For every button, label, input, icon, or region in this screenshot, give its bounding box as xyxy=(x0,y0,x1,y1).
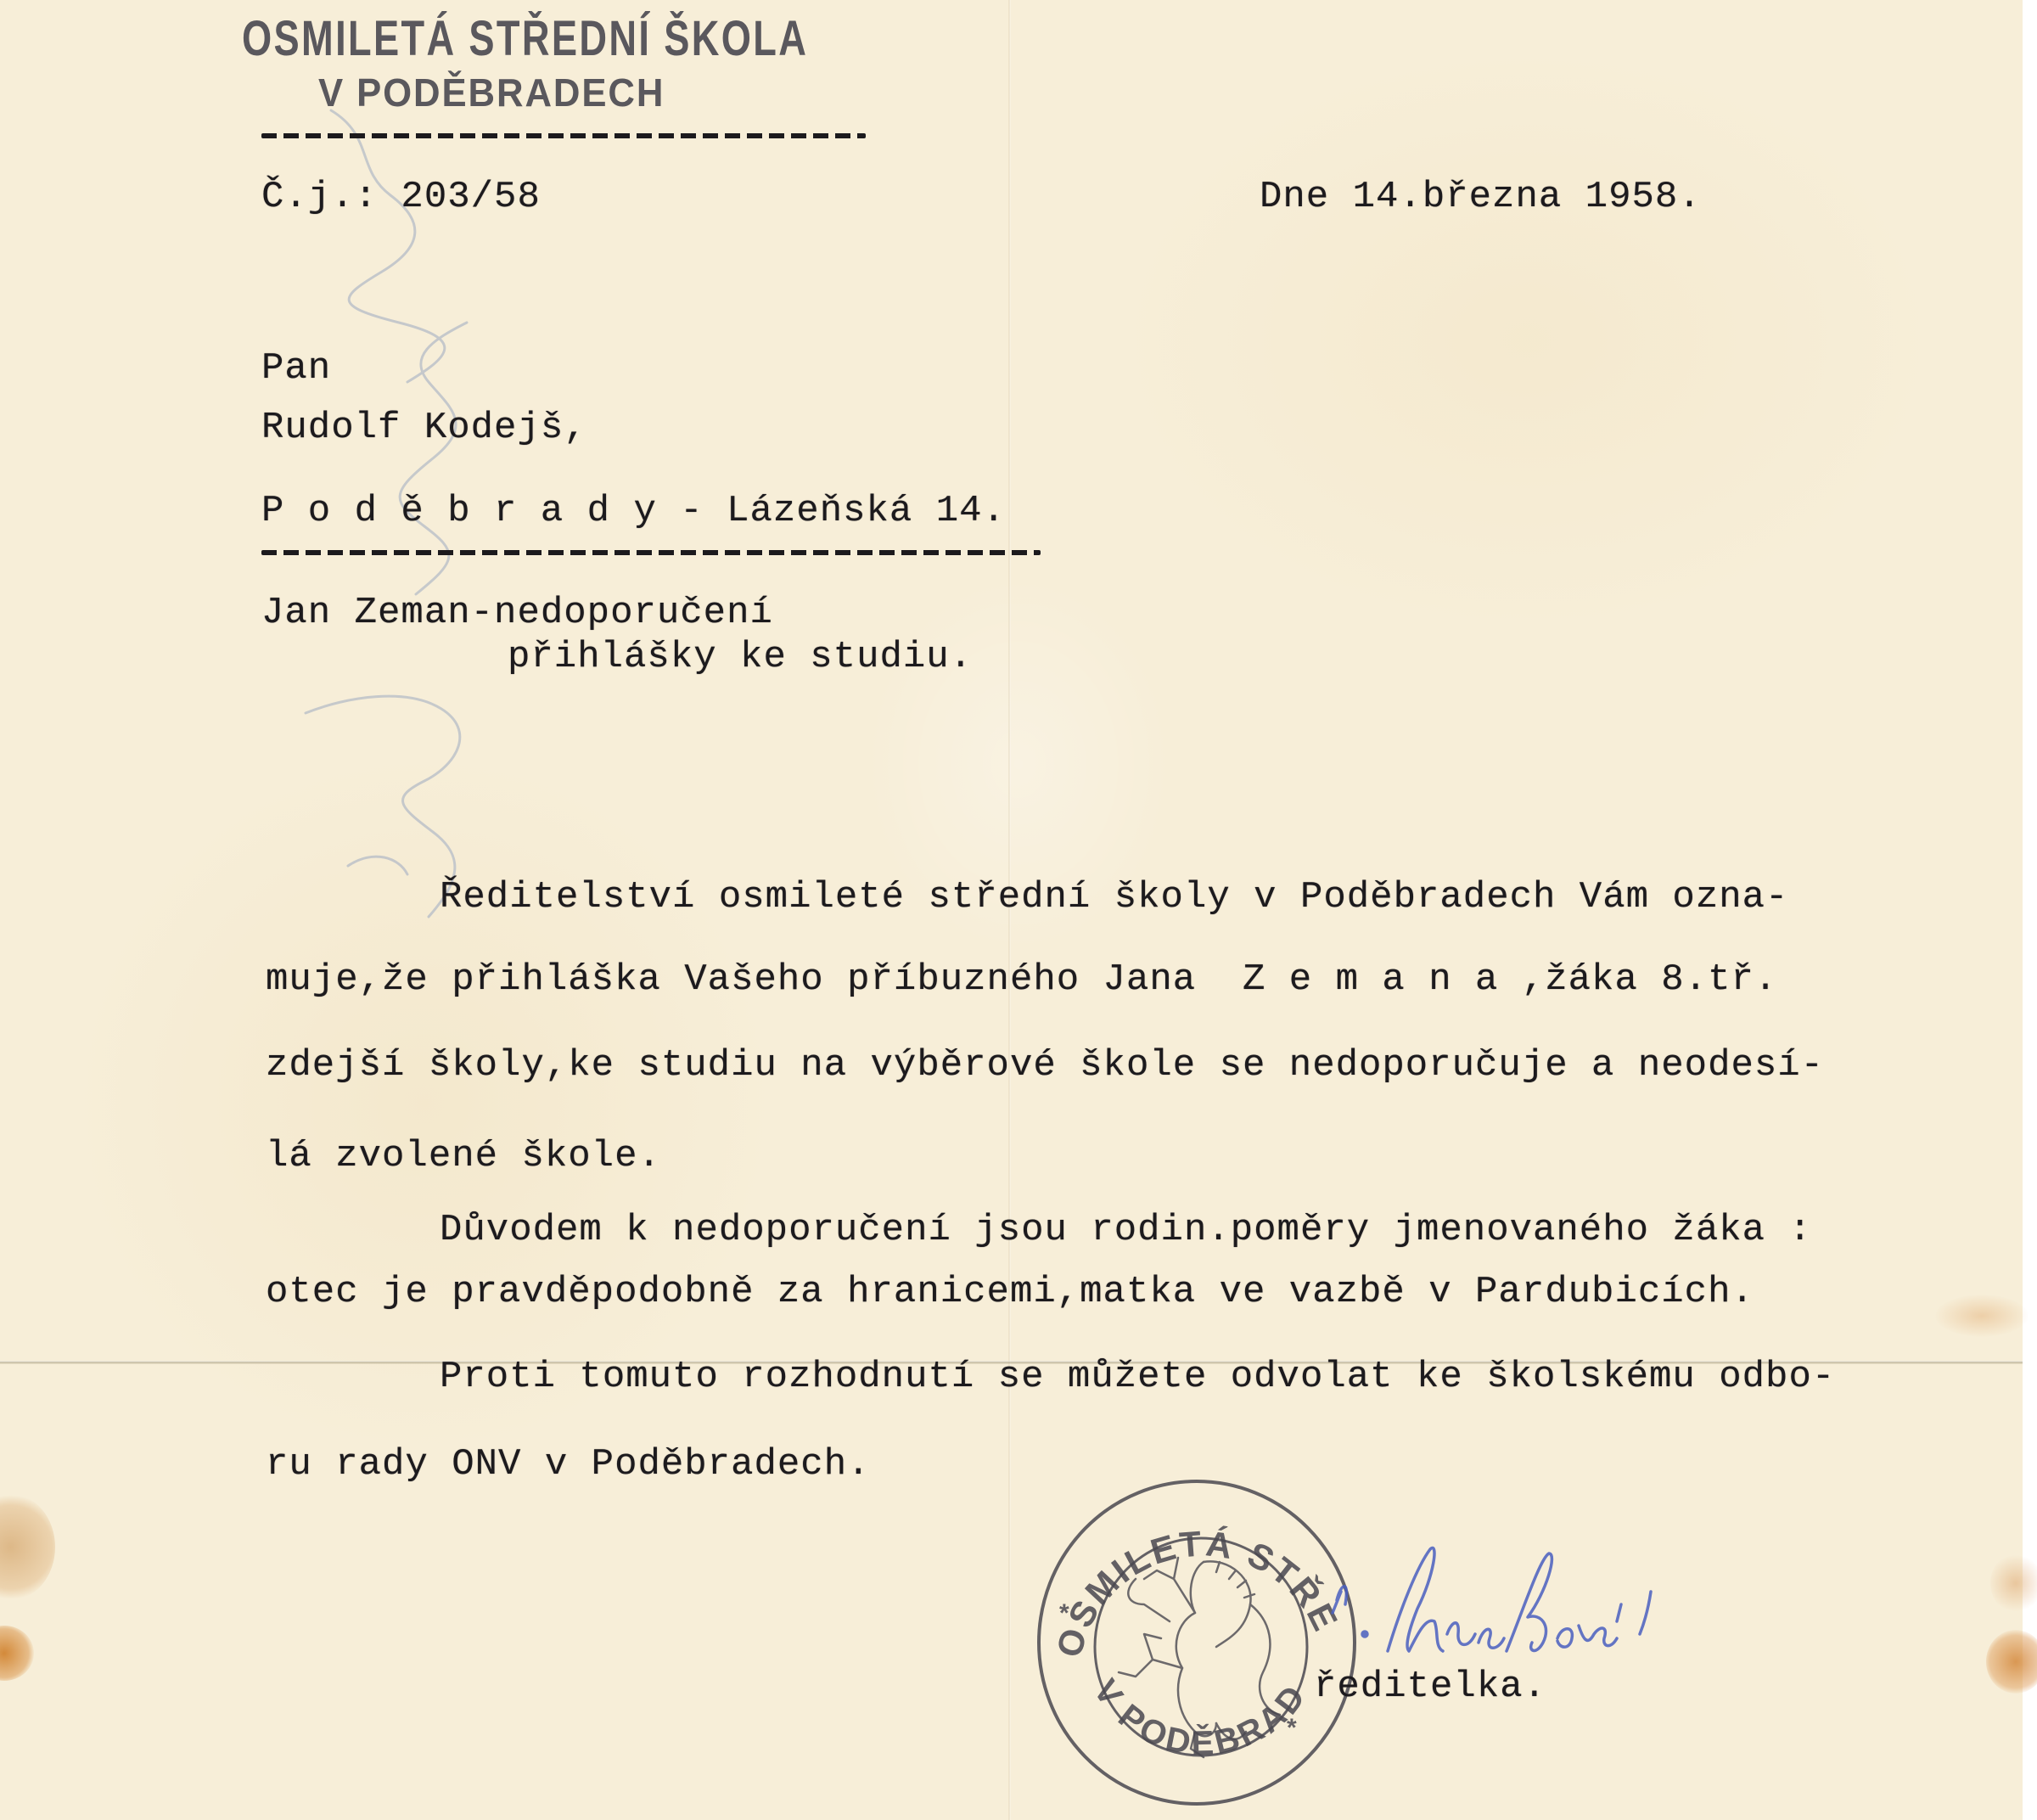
stain xyxy=(1935,1295,2029,1337)
subject-line-1: Jan Zeman-nedoporučení xyxy=(261,594,773,632)
handwritten-signature xyxy=(1324,1532,1681,1668)
reference-number: Č.j.: 203/58 xyxy=(261,178,541,216)
recipient-address: P o d ě b r a d y - Lázeňská 14. xyxy=(261,492,1006,530)
letter-date: Dne 14.března 1958. xyxy=(1260,178,1702,216)
stain xyxy=(0,1494,55,1600)
svg-text:*: * xyxy=(1287,1714,1297,1742)
body-line: Důvodem k nedoporučení jsou rodin.poměry… xyxy=(440,1211,1812,1249)
svg-text:OSMILETÁ STŘEDNÍ ŠKOLA: OSMILETÁ STŘEDNÍ ŠKOLA xyxy=(1034,1477,1347,1661)
address-divider xyxy=(261,550,1041,555)
body-line: ru rady ONV v Poděbradech. xyxy=(266,1446,871,1483)
subject-line-2: přihlášky ke studiu. xyxy=(508,638,973,676)
svg-text:*: * xyxy=(1059,1599,1069,1627)
body-line: zdejší školy,ke studiu na výběrové škole… xyxy=(266,1047,1824,1084)
letterhead-line-1: OSMILETÁ STŘEDNÍ ŠKOLA xyxy=(242,10,808,67)
letterhead-line-2: V PODĚBRADECH xyxy=(318,70,665,115)
body-line: otec je pravděpodobně za hranicemi,matka… xyxy=(266,1273,1754,1311)
school-stamp: OSMILETÁ STŘEDNÍ ŠKOLA V PODĚBRADECH * * xyxy=(1034,1477,1365,1808)
document-paper: OSMILETÁ STŘEDNÍ ŠKOLA V PODĚBRADECH Č.j… xyxy=(0,0,2023,1820)
body-line: lá zvolené škole. xyxy=(266,1137,661,1175)
recipient-name: Rudolf Kodejš, xyxy=(261,409,587,447)
body-line: muje,že přihláška Vašeho příbuzného Jana… xyxy=(266,961,1777,998)
stamp-top-text: OSMILETÁ STŘEDNÍ ŠKOLA xyxy=(1034,1477,1347,1661)
letterhead-divider xyxy=(261,133,866,138)
stain xyxy=(1990,1553,2037,1613)
body-line: Proti tomuto rozhodnutí se můžete odvola… xyxy=(440,1358,1835,1396)
body-line: Ředitelství osmileté střední školy v Pod… xyxy=(440,879,1788,916)
recipient-salutation: Pan xyxy=(261,350,331,387)
stain xyxy=(1986,1630,2037,1694)
stain xyxy=(0,1626,34,1681)
signatory-title: ředitelka. xyxy=(1314,1668,1546,1705)
